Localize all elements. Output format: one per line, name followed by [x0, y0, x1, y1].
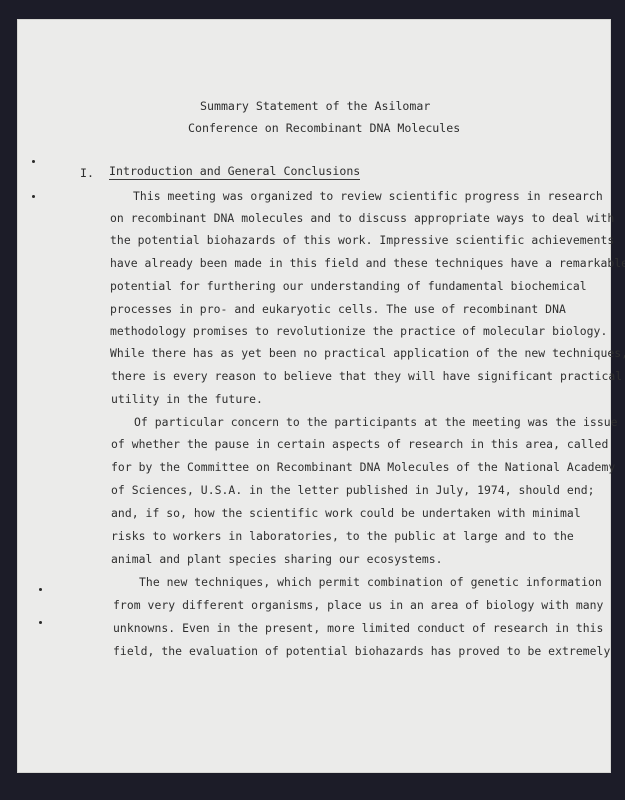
body-line: of Sciences, U.S.A. in the letter publis…	[111, 483, 595, 497]
margin-mark	[39, 621, 42, 624]
body-line: processes in pro- and eukaryotic cells. …	[110, 302, 566, 316]
body-line: and, if so, how the scientific work coul…	[111, 506, 581, 520]
body-line: The new techniques, which permit combina…	[139, 575, 602, 589]
body-line: from very different organisms, place us …	[113, 598, 603, 612]
section-heading: Introduction and General Conclusions	[109, 164, 360, 180]
margin-mark	[39, 588, 42, 591]
body-line: animal and plant species sharing our eco…	[111, 552, 443, 566]
margin-mark	[32, 195, 35, 198]
body-line: there is every reason to believe that th…	[111, 369, 622, 383]
body-line: on recombinant DNA molecules and to disc…	[110, 211, 614, 225]
body-line: utility in the future.	[111, 392, 263, 406]
document-title-line-2: Conference on Recombinant DNA Molecules	[188, 121, 460, 135]
body-line: the potential biohazards of this work. I…	[110, 233, 614, 247]
body-line: of whether the pause in certain aspects …	[111, 437, 608, 451]
body-line: have already been made in this field and…	[110, 256, 625, 270]
margin-mark	[32, 160, 35, 163]
body-line: Of particular concern to the participant…	[134, 415, 618, 429]
body-line: This meeting was organized to review sci…	[133, 189, 603, 203]
body-line: methodology promises to revolutionize th…	[110, 324, 607, 338]
body-line: field, the evaluation of potential bioha…	[113, 644, 610, 658]
document-page: Summary Statement of the Asilomar Confer…	[17, 19, 611, 773]
body-line: unknowns. Even in the present, more limi…	[113, 621, 603, 635]
body-line: While there has as yet been no practical…	[110, 346, 625, 360]
section-number: I.	[80, 166, 94, 180]
body-line: risks to workers in laboratories, to the…	[111, 529, 574, 543]
body-line: potential for furthering our understandi…	[110, 279, 587, 293]
document-title-line-1: Summary Statement of the Asilomar	[200, 99, 430, 113]
body-line: for by the Committee on Recombinant DNA …	[111, 460, 615, 474]
